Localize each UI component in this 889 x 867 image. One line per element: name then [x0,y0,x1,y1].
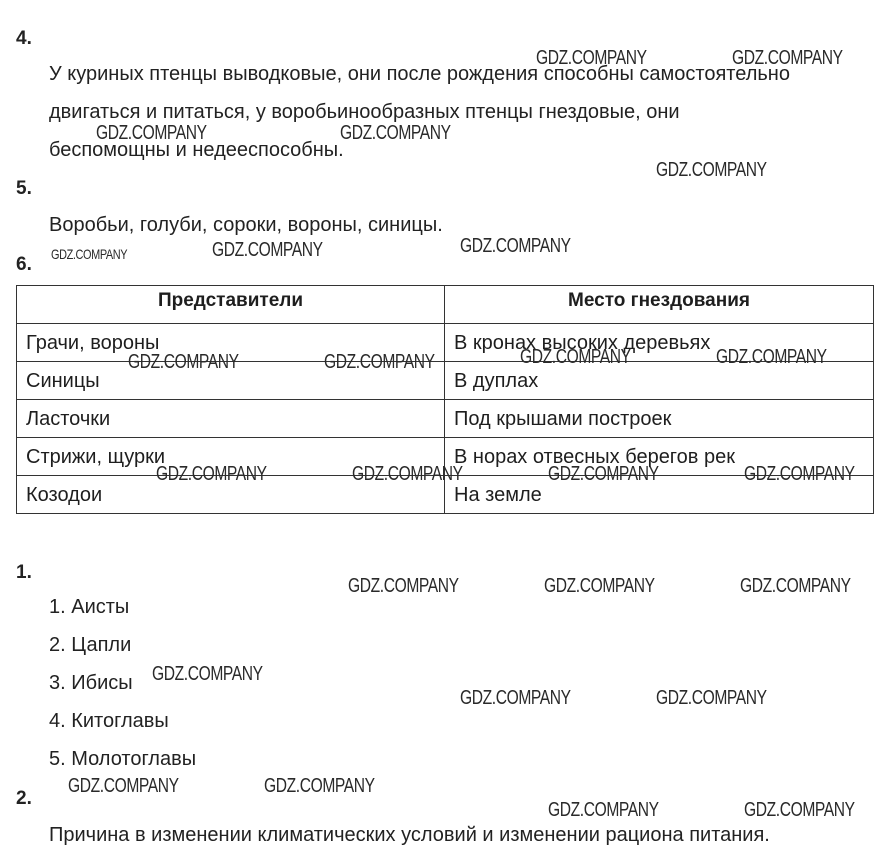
watermark: GDZ.COMPANY [548,464,659,484]
cell-representative: Ласточки [17,400,445,438]
watermark: GDZ.COMPANY [460,236,571,256]
watermark: GDZ.COMPANY [96,123,207,143]
watermark: GDZ.COMPANY [264,776,375,796]
watermark: GDZ.COMPANY [656,688,767,708]
watermark: GDZ.COMPANY [548,800,659,820]
watermark: GDZ.COMPANY [68,776,179,796]
question-4-line-2: двигаться и питаться, у воробьинообразны… [49,101,680,124]
header-nesting-place: Место гнездования [445,286,874,324]
watermark: GDZ.COMPANY [212,240,323,260]
watermark: GDZ.COMPANY [352,464,463,484]
watermark: GDZ.COMPANY [716,347,827,367]
watermark: GDZ.COMPANY [51,247,127,261]
watermark: GDZ.COMPANY [744,464,855,484]
list-item: 3. Ибисы [49,672,133,695]
watermark: GDZ.COMPANY [152,664,263,684]
watermark: GDZ.COMPANY [348,576,459,596]
watermark: GDZ.COMPANY [324,352,435,372]
table-header-row: Представители Место гнездования [17,286,874,324]
watermark: GDZ.COMPANY [340,123,451,143]
watermark: GDZ.COMPANY [732,48,843,68]
list-item: 1. Аисты [49,596,129,619]
watermark: GDZ.COMPANY [544,576,655,596]
question-1-number: 1. [16,562,32,584]
watermark: GDZ.COMPANY [536,48,647,68]
watermark: GDZ.COMPANY [156,464,267,484]
watermark: GDZ.COMPANY [520,347,631,367]
table-row: Ласточки Под крышами построек [17,400,874,438]
question-2-number: 2. [16,788,32,810]
question-5-answer: Воробьи, голуби, сороки, вороны, синицы. [49,214,443,237]
watermark: GDZ.COMPANY [744,800,855,820]
watermark: GDZ.COMPANY [656,160,767,180]
question-6-number: 6. [16,254,32,276]
watermark: GDZ.COMPANY [128,352,239,372]
header-representatives: Представители [17,286,445,324]
question-2-answer: Причина в изменении климатических услови… [49,824,770,847]
question-4-line-1: У куриных птенцы выводковые, они после р… [49,63,790,86]
watermark: GDZ.COMPANY [460,688,571,708]
cell-nesting-place: Под крышами построек [445,400,874,438]
watermark: GDZ.COMPANY [740,576,851,596]
question-4-number: 4. [16,28,32,50]
question-5-number: 5. [16,178,32,200]
list-item: 4. Китоглавы [49,710,169,733]
list-item: 5. Молотоглавы [49,748,196,771]
list-item: 2. Цапли [49,634,131,657]
